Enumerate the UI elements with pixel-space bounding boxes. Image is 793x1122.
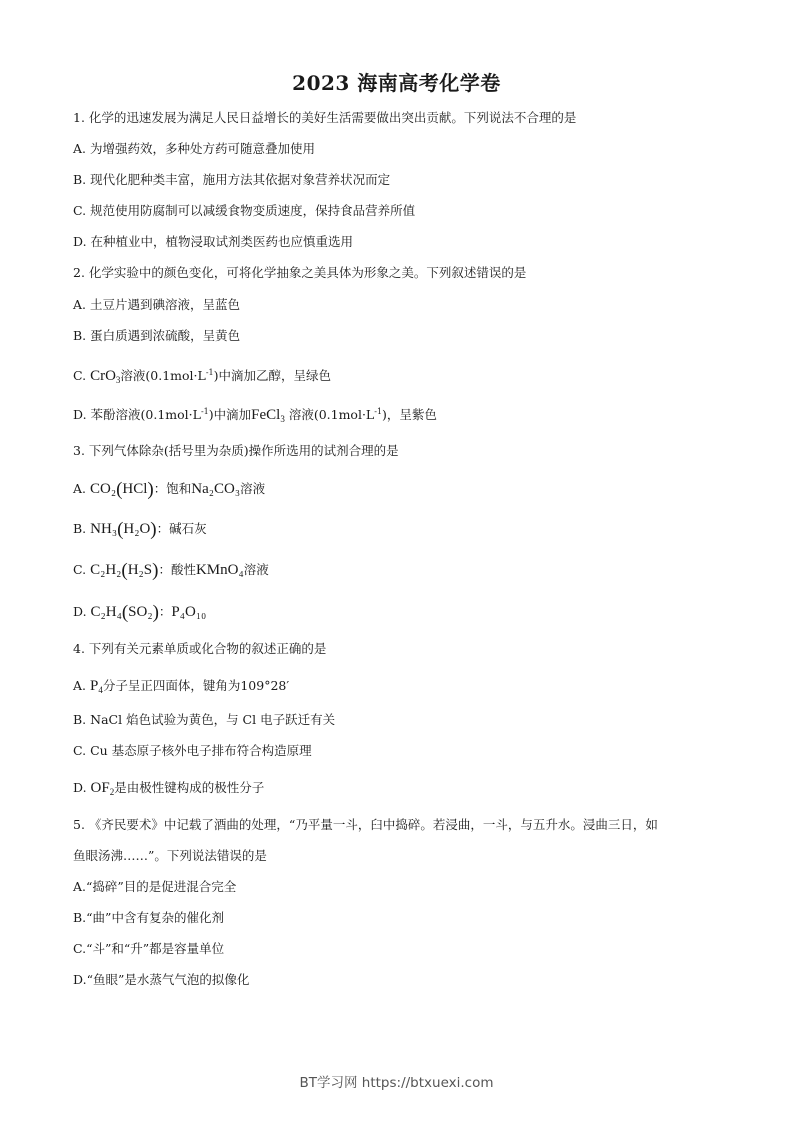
question-5-option-c: C.“斗”和“升”都是容量单位 bbox=[73, 940, 224, 958]
question-4-option-a: A. P4分子呈正四面体，键角为109°28′ bbox=[73, 677, 289, 699]
option-text: Cu 基态原子核外电子排布符合构造原理 bbox=[90, 743, 312, 758]
question-2-option-d: D. 苯酚溶液(0.1mol·L-1)中滴加FeCl3 溶液(0.1mol·L-… bbox=[73, 403, 437, 428]
footer-watermark: BT学习网 https://btxuexi.com bbox=[0, 1071, 793, 1091]
option-label: B. bbox=[73, 910, 86, 925]
option-label: A. bbox=[73, 481, 86, 496]
question-3-option-a: A. CO₂(HCl)：饱和Na₂CO₃溶液 bbox=[73, 480, 265, 499]
gas-formula: CO₂ bbox=[90, 481, 116, 497]
chem-formula: OF2 bbox=[91, 780, 115, 796]
page-title: 2023 海南高考化学卷 bbox=[0, 67, 793, 96]
option-text: “斗”和“升”都是容量单位 bbox=[86, 941, 224, 956]
chem-formula: P4 bbox=[90, 678, 103, 694]
question-1-option-c: C. 规范使用防腐制可以减缓食物变质速度，保持食品营养所值 bbox=[73, 202, 415, 220]
gas-formula: NH₃ bbox=[90, 521, 117, 537]
question-number: 1. bbox=[73, 110, 85, 125]
question-5-option-a: A.“捣碎”目的是促进混合完全 bbox=[73, 878, 236, 896]
question-5-option-b: B.“曲”中含有复杂的催化剂 bbox=[73, 909, 224, 927]
question-text: 《齐民要术》中记载了酒曲的处理，“乃平量一斗，臼中捣碎。若浸曲，一斗，与五升水。… bbox=[89, 817, 658, 832]
reagent-formula: Na₂CO₃ bbox=[191, 481, 240, 497]
option-label: C. bbox=[73, 562, 86, 577]
question-2-option-b: B. 蛋白质遇到浓硫酸，呈黄色 bbox=[73, 327, 240, 345]
question-4-stem: 4. 下列有关元素单质或化合物的叙述正确的是 bbox=[73, 640, 326, 658]
option-text: NaCl 焰色试验为黄色，与 Cl 电子跃迁有关 bbox=[90, 712, 335, 727]
question-text: 化学实验中的颜色变化，可将化学抽象之美具体为形象之美。下列叙述错误的是 bbox=[89, 265, 527, 280]
question-4-option-d: D. OF2是由极性键构成的极性分子 bbox=[73, 779, 264, 801]
option-text: 规范使用防腐制可以减缓食物变质速度，保持食品营养所值 bbox=[90, 203, 415, 218]
option-text: 土豆片遇到碘溶液，呈蓝色 bbox=[90, 297, 240, 312]
question-4-option-b: B. NaCl 焰色试验为黄色，与 Cl 电子跃迁有关 bbox=[73, 711, 335, 729]
option-text: “鱼眼”是水蒸气气泡的拟像化 bbox=[87, 972, 250, 987]
question-text: 下列气体除杂(括号里为杂质)操作所选用的试剂合理的是 bbox=[89, 443, 399, 458]
option-label: A. bbox=[73, 141, 86, 156]
option-label: D. bbox=[73, 604, 87, 619]
option-label: D. bbox=[73, 780, 87, 795]
option-label: B. bbox=[73, 172, 86, 187]
option-text: 现代化肥种类丰富，施用方法其依据对象营养状况而定 bbox=[90, 172, 390, 187]
option-text: “曲”中含有复杂的催化剂 bbox=[86, 910, 224, 925]
impurity-formula: H₂S bbox=[128, 562, 152, 578]
gas-formula: C₂H₂ bbox=[90, 562, 121, 578]
question-2-stem: 2. 化学实验中的颜色变化，可将化学抽象之美具体为形象之美。下列叙述错误的是 bbox=[73, 264, 526, 282]
impurity-formula: H₂O bbox=[123, 521, 150, 537]
question-4-option-c: C. Cu 基态原子核外电子排布符合构造原理 bbox=[73, 742, 312, 760]
option-label: B. bbox=[73, 328, 86, 343]
question-3-option-b: B. NH₃(H₂O)：碱石灰 bbox=[73, 520, 207, 539]
question-1-option-d: D. 在种植业中，植物浸取试剂类医药也应慎重选用 bbox=[73, 233, 353, 251]
option-label: A. bbox=[73, 879, 86, 894]
question-text: 化学的迅速发展为满足人民日益增长的美好生活需要做出突出贡献。下列说法不合理的是 bbox=[89, 110, 577, 125]
option-text: “捣碎”目的是促进混合完全 bbox=[86, 879, 236, 894]
option-label: C. bbox=[73, 743, 86, 758]
impurity-formula: HCl bbox=[122, 481, 147, 497]
option-label: D. bbox=[73, 972, 87, 987]
chem-formula: FeCl3 bbox=[251, 407, 285, 423]
option-label: D. bbox=[73, 234, 87, 249]
question-3-option-c: C. C₂H₂(H₂S)：酸性KMnO₄溶液 bbox=[73, 561, 269, 580]
question-number: 5. bbox=[73, 817, 85, 832]
option-label: A. bbox=[73, 297, 86, 312]
reagent-formula: P₄O₁₀ bbox=[171, 604, 206, 620]
option-label: B. bbox=[73, 521, 86, 536]
option-label: C. bbox=[73, 203, 86, 218]
option-text: 在种植业中，植物浸取试剂类医药也应慎重选用 bbox=[91, 234, 354, 249]
option-text: 为增强药效，多种处方药可随意叠加使用 bbox=[90, 141, 315, 156]
question-5-stem: 5. 《齐民要术》中记载了酒曲的处理，“乃平量一斗，臼中捣碎。若浸曲，一斗，与五… bbox=[73, 816, 658, 834]
question-3-option-d: D. C₂H₄(SO₂)：P₄O₁₀ bbox=[73, 603, 206, 622]
question-2-option-c: C. CrO3溶液(0.1mol·L-1)中滴加乙醇，呈绿色 bbox=[73, 364, 331, 389]
question-1-option-b: B. 现代化肥种类丰富，施用方法其依据对象营养状况而定 bbox=[73, 171, 390, 189]
question-5-stem-continued: 鱼眼汤沸……”。下列说法错误的是 bbox=[73, 847, 267, 865]
question-1-option-a: A. 为增强药效，多种处方药可随意叠加使用 bbox=[73, 140, 315, 158]
option-label: B. bbox=[73, 712, 86, 727]
question-number: 4. bbox=[73, 641, 85, 656]
question-3-stem: 3. 下列气体除杂(括号里为杂质)操作所选用的试剂合理的是 bbox=[73, 442, 399, 460]
question-text: 鱼眼汤沸……”。下列说法错误的是 bbox=[73, 848, 267, 863]
impurity-formula: SO₂ bbox=[128, 604, 152, 620]
option-label: C. bbox=[73, 368, 86, 383]
option-text: 蛋白质遇到浓硫酸，呈黄色 bbox=[90, 328, 240, 343]
question-number: 3. bbox=[73, 443, 85, 458]
question-number: 2. bbox=[73, 265, 85, 280]
question-2-option-a: A. 土豆片遇到碘溶液，呈蓝色 bbox=[73, 296, 240, 314]
option-label: A. bbox=[73, 678, 86, 693]
question-5-option-d: D.“鱼眼”是水蒸气气泡的拟像化 bbox=[73, 971, 249, 989]
gas-formula: C₂H₄ bbox=[91, 604, 122, 620]
chem-formula: CrO3 bbox=[90, 368, 120, 384]
option-label: C. bbox=[73, 941, 86, 956]
question-1-stem: 1. 化学的迅速发展为满足人民日益增长的美好生活需要做出突出贡献。下列说法不合理… bbox=[73, 109, 576, 127]
reagent-formula: KMnO₄ bbox=[196, 562, 244, 578]
question-text: 下列有关元素单质或化合物的叙述正确的是 bbox=[89, 641, 327, 656]
option-label: D. bbox=[73, 407, 87, 422]
